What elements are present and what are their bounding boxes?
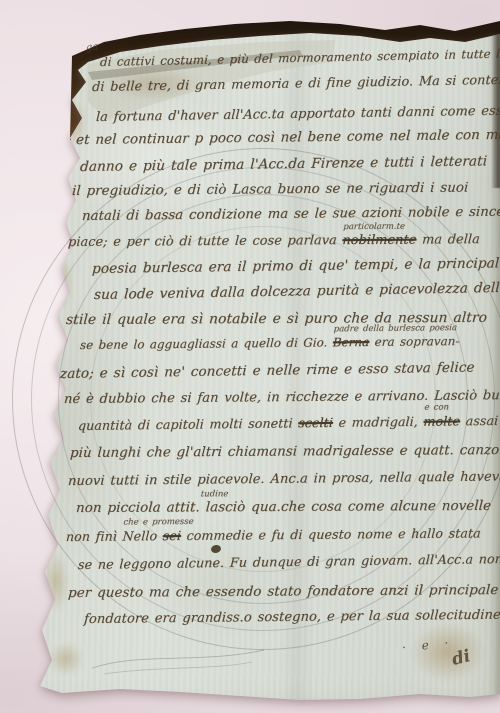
paper-stain	[398, 612, 498, 692]
paper-inner-shadow	[0, 0, 500, 713]
torn-flap	[0, 0, 360, 140]
paper-mottle-texture	[0, 0, 500, 713]
right-edge-shadow	[491, 32, 500, 188]
manuscript-page	[0, 0, 500, 713]
paper-stain	[56, 92, 92, 154]
paper-laid-texture	[0, 0, 500, 713]
paper-stain	[38, 540, 74, 624]
paper-stain	[46, 246, 78, 320]
paper-wrap	[0, 0, 500, 713]
manuscript-photo: di cattivi costumi, e più del mormoramen…	[0, 0, 500, 713]
ink-blot	[210, 544, 221, 554]
paper-crease	[280, 0, 314, 713]
paper-stain	[42, 636, 90, 682]
